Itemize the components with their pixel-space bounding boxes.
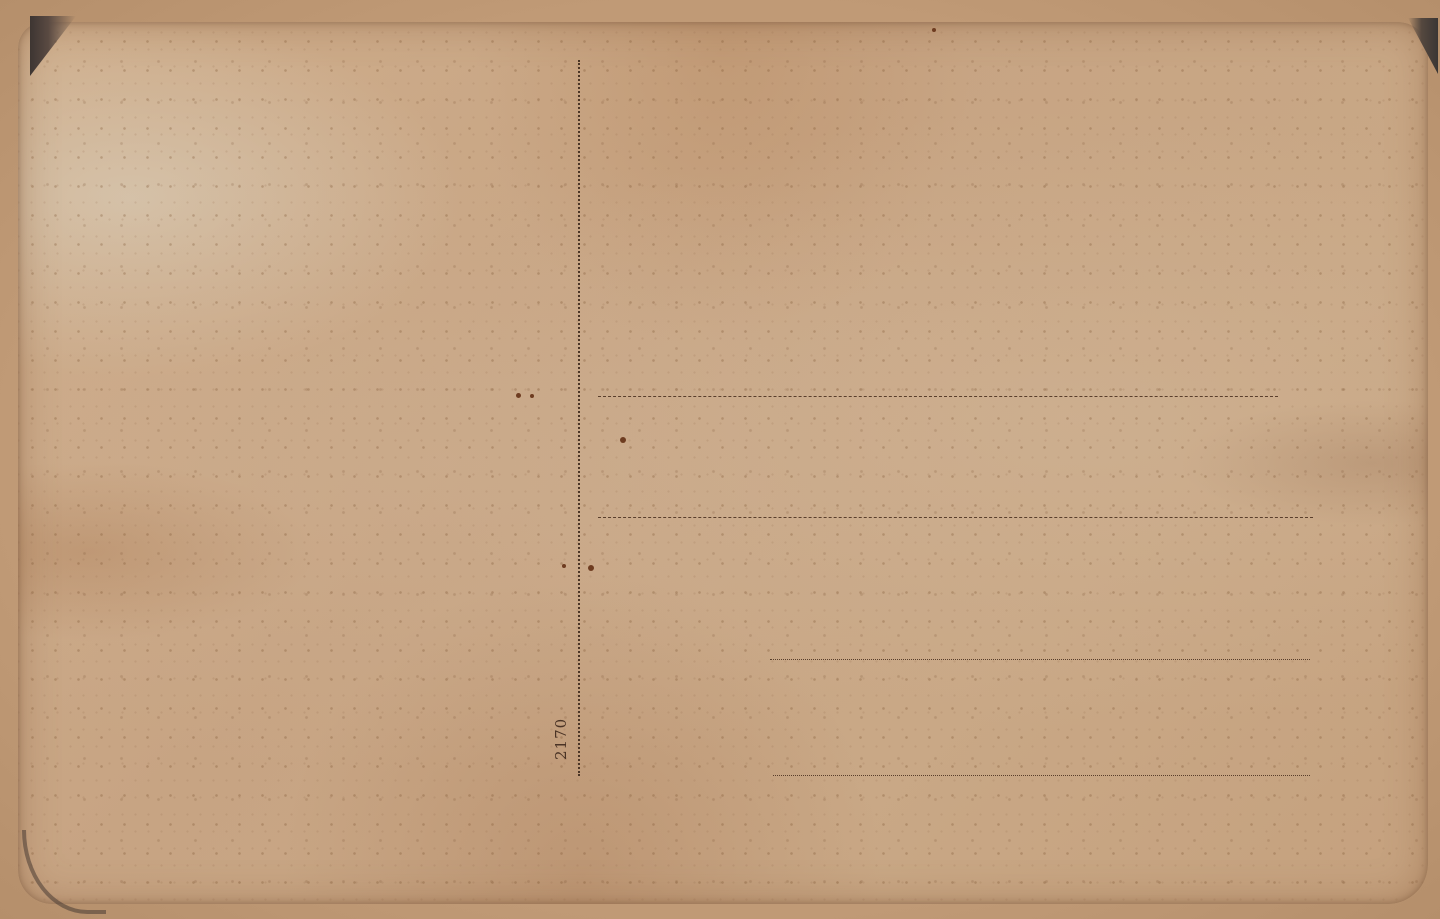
address-line-3 bbox=[770, 659, 1310, 660]
address-line-1 bbox=[598, 396, 1278, 397]
foxing-speckles bbox=[18, 22, 1428, 904]
stain-dot bbox=[516, 393, 521, 398]
postcard-back bbox=[18, 22, 1428, 904]
stain-dot bbox=[588, 565, 594, 571]
message-address-divider bbox=[578, 60, 580, 776]
stain-dot bbox=[530, 394, 534, 398]
serial-number: 2170 bbox=[552, 718, 570, 760]
address-line-4 bbox=[773, 775, 1310, 776]
stain-dot bbox=[932, 28, 936, 32]
stain-dot bbox=[562, 564, 566, 568]
stain-dot bbox=[620, 437, 626, 443]
address-line-2 bbox=[598, 517, 1313, 518]
